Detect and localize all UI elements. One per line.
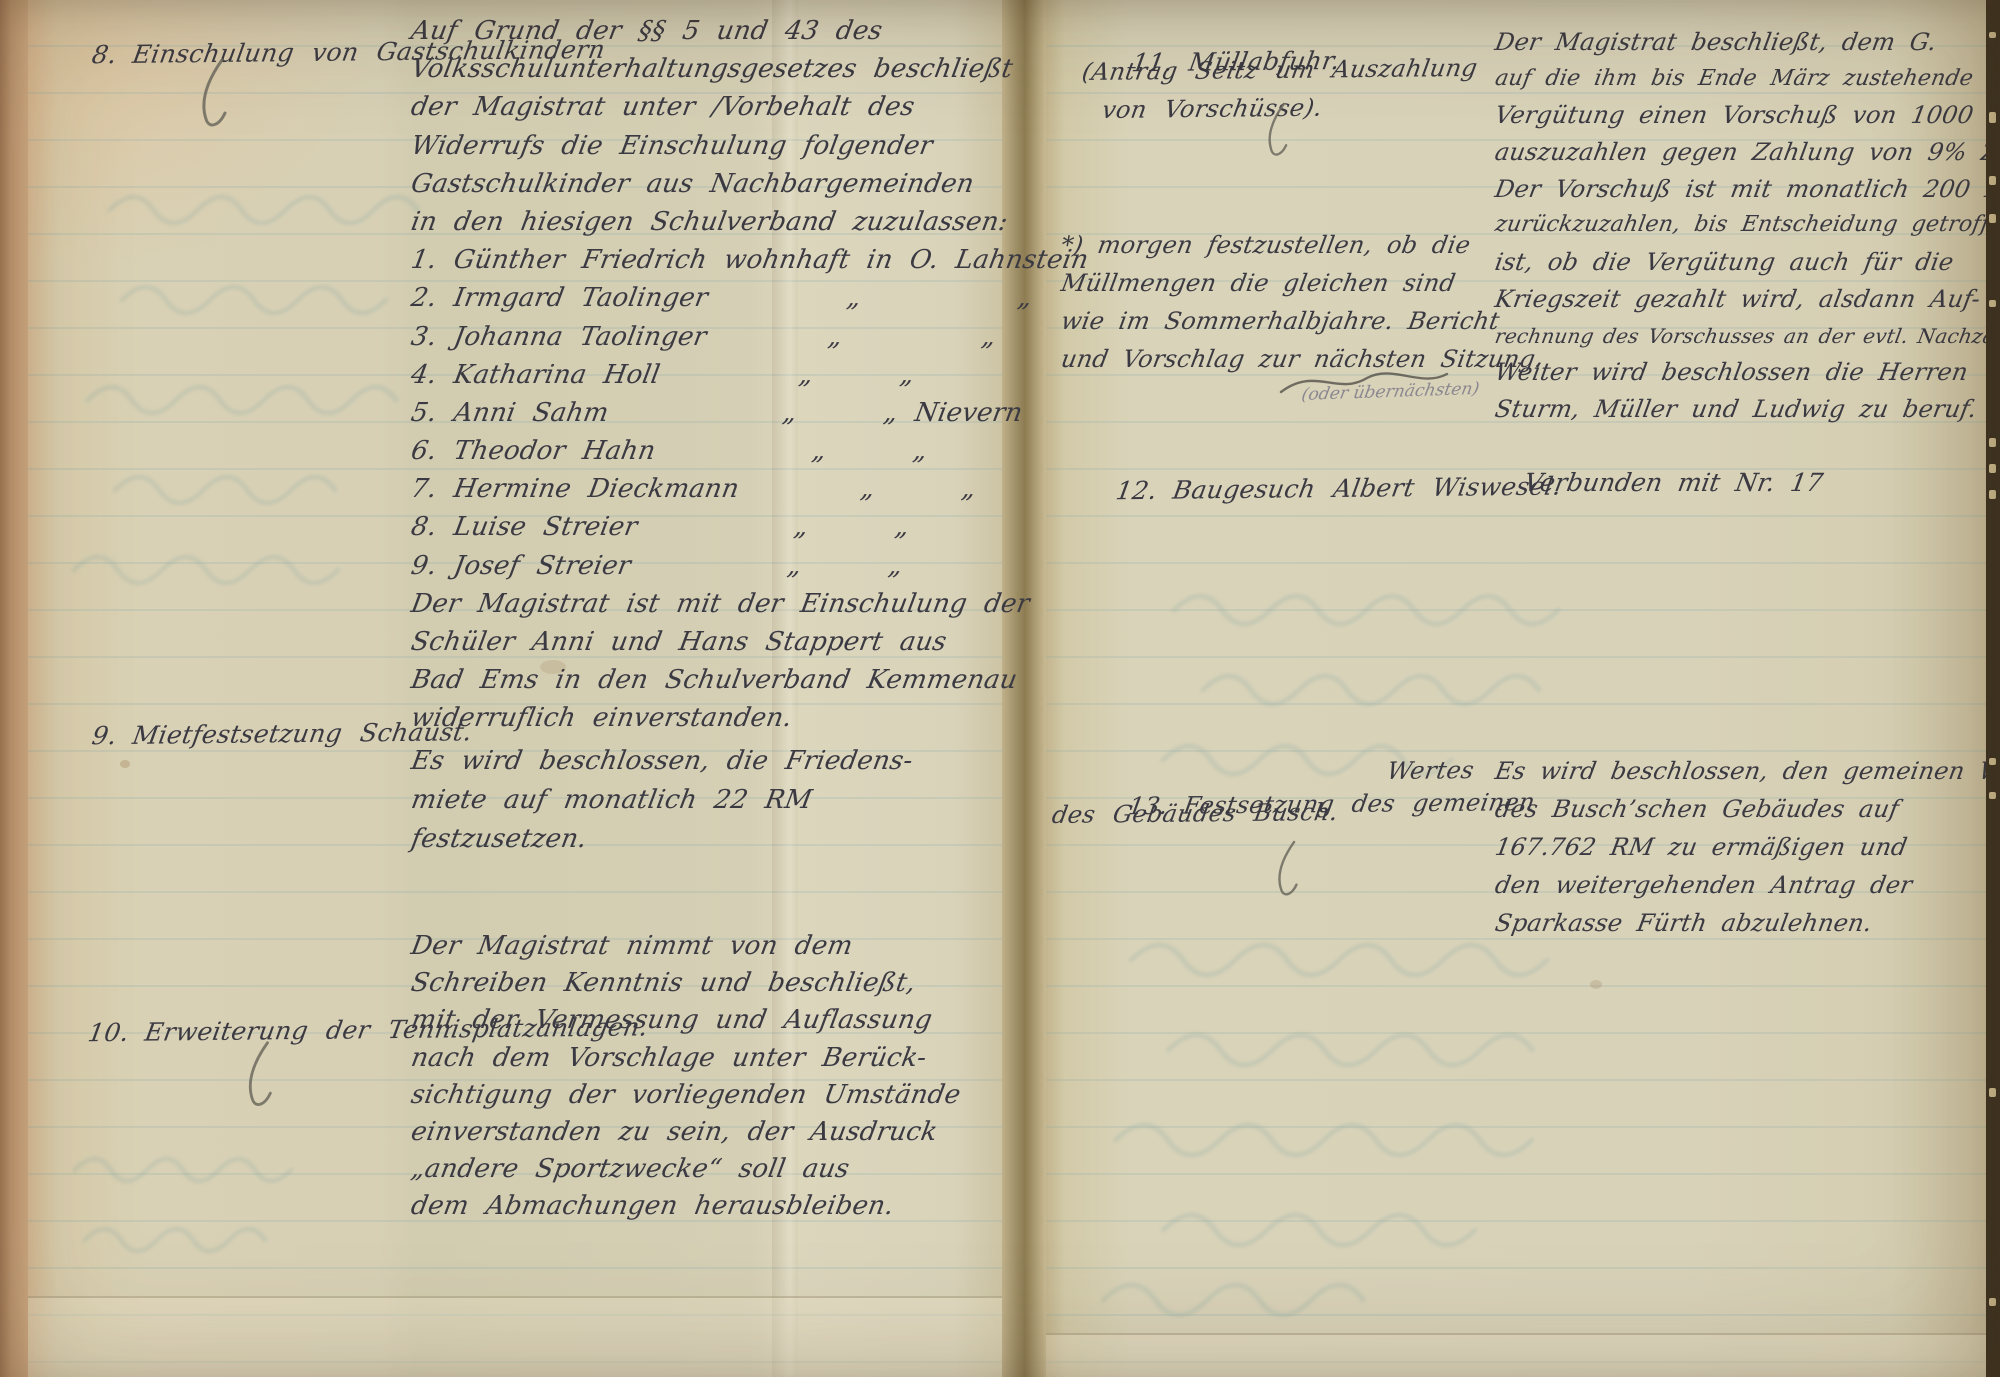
handwritten-line: 2. Irmgard Taolinger „ „ [408,279,1092,317]
page-edge-mark [1989,490,1996,499]
handwritten-line: zurückzuzahlen, bis Entscheidung getroff… [1492,207,2000,244]
handwritten-line: des Busch’schen Gebäudes auf [1492,790,2000,828]
handwritten-line: 9. Josef Streier „ „ [408,547,1092,585]
page-edge-mark [1989,112,1996,123]
handwritten-line: Gastschulkinder aus Nachbargemeinden [408,165,1092,203]
handwritten-line: *) morgen festzustellen, ob die [1058,226,1546,264]
page-edge-mark [1989,438,1996,447]
handwritten-line: festzusetzen. [408,820,916,859]
entry-13-body: Es wird beschlossen, den gemeinen Wert d… [1492,752,2000,942]
entry-10-number: 10. [86,1018,132,1047]
entry-10-body: Der Magistrat nimmt von dem Schreiben Ke… [408,928,957,1226]
handwritten-line: Sturm, Müller und Ludwig zu beruf. *) [1492,391,2000,428]
entry-12-number: 12. [1114,476,1160,505]
entry-11-margin-note: *) morgen festzustellen, ob die Müllmeng… [1058,226,1540,378]
page-edge-mark [1989,1088,1996,1097]
handwritten-line: Der Vorschuß ist mit monatlich 200 RM [1492,171,2000,208]
checkmark-icon [192,55,232,137]
handwritten-line: rechnung des Vorschusses an der evtl. Na… [1492,318,2000,355]
handwritten-line: dem Abmachungen herausbleiben. [408,1188,963,1225]
handwritten-line: Schreiben Kenntnis und beschließt, [408,965,963,1002]
handwritten-line: 1. Günther Friedrich wohnhaft in O. Lahn… [408,241,1092,279]
handwritten-line: Weiter wird beschlossen die Herren [1492,354,2000,391]
entry-12-title: Baugesuch Albert Wiswesel. [1171,472,1564,505]
page-edge-mark [1989,32,1996,38]
handwritten-line: Bad Ems in den Schulverband Kemmenau [408,661,1092,699]
handwritten-line: nach dem Vorschlage unter Berück- [408,1040,963,1077]
handwritten-line: widerruflich einverstanden. [408,699,1092,737]
handwritten-line: auf die ihm bis Ende März zustehende alt… [1492,61,2000,98]
handwritten-line: Kriegszeit gezahlt wird, alsdann Auf- [1492,281,2000,318]
handwritten-line: der Magistrat unter /Vorbehalt des [408,88,1092,126]
handwritten-line: 5. Anni Sahm „ „ Nievern [408,394,1092,432]
handwritten-line: 6. Theodor Hahn „ „ [408,432,1092,470]
page-edge-mark [1989,464,1996,473]
page-edge-mark [1989,1298,1996,1306]
handwritten-line: sichtigung der vorliegenden Umstände [408,1077,963,1114]
photo-left-edge [0,0,28,1377]
handwritten-line: 167.762 RM zu ermäßigen und [1492,828,2000,866]
entry-13-title-part2: Wertes [1385,756,1476,785]
page-stack-edge [1986,0,2000,1377]
entry-8-number: 8. [90,40,119,69]
handwritten-line: 7. Hermine Dieckmann „ „ [408,470,1092,508]
handwritten-line: Der Magistrat ist mit der Einschulung de… [408,585,1092,623]
handwritten-line: miete auf monatlich 22 RM [408,781,916,820]
checkmark-icon [1258,100,1294,164]
handwritten-line: Auf Grund der §§ 5 und 43 des [408,12,1092,50]
handwritten-line: mit der Vermessung und Auflassung [408,1002,963,1039]
handwritten-line: Volksschulunterhaltungsgesetzes beschlie… [408,50,1092,88]
handwritten-line: Müllmengen die gleichen sind [1058,264,1546,302]
handwritten-line: Sparkasse Fürth abzulehnen. [1492,904,2000,942]
page-edge-mark [1989,176,1996,185]
handwritten-line: Schüler Anni und Hans Stappert aus [408,623,1092,661]
entry-12-heading: 12.Baugesuch Albert Wiswesel. [1036,443,1569,535]
handwritten-line: Der Magistrat nimmt von dem [408,928,963,965]
page-edge-mark [1989,214,1996,223]
handwritten-line: den weitergehenden Antrag der [1492,866,2000,904]
handwritten-line: auszuzahlen gegen Zahlung von 9% Zinsen. [1492,134,2000,171]
entry-11-body: Der Magistrat beschließt, dem G. auf die… [1492,24,2000,428]
entry-9-number: 9. [90,721,119,750]
handwritten-line: 4. Katharina Holl „ „ [408,356,1092,394]
handwritten-line: Es wird beschlossen, den gemeinen Wert [1492,752,2000,790]
page-edge-mark [1989,792,1996,799]
handwritten-line: Widerrufs die Einschulung folgender [408,127,1092,165]
handwritten-line: einverstanden zu sein, der Ausdruck [408,1114,963,1151]
handwritten-line: in den hiesigen Schulverband zuzulassen: [408,203,1092,241]
entry-12-body: Verbunden mit Nr. 17 [1522,468,1825,497]
entry-11-subtitle: (Antrag Seitz um Auszahlung [1080,54,1480,86]
handwritten-line: 3. Johanna Taolinger „ „ [408,318,1092,356]
document-scan: 8.Einschulung von Gastschulkindern Auf G… [0,0,2000,1377]
bleedthrough-writing [1060,900,1919,1320]
handwritten-line: 8. Luise Streier „ „ [408,508,1092,546]
page-edge-mark [1989,300,1996,307]
entry-13-subtitle: des Gebäudes Busch. [1050,798,1340,829]
handwritten-line: Vergütung einen Vorschuß von 1000 RM [1492,97,2000,134]
handwritten-line: Es wird beschlossen, die Friedens- [408,742,916,781]
checkmark-icon [238,1038,278,1116]
entry-9-body: Es wird beschlossen, die Friedens- miete… [408,742,909,859]
bleedthrough-writing [49,1130,410,1280]
handwritten-line: Der Magistrat beschließt, dem G. [1492,24,2000,61]
handwritten-line: ist, ob die Vergütung auch für die [1492,244,2000,281]
handwritten-line: wie im Sommerhalbjahre. Bericht [1058,302,1546,340]
handwritten-line: „andere Sportzwecke“ soll aus [408,1151,963,1188]
entry-8-body: Auf Grund der §§ 5 und 43 des Volksschul… [408,12,1085,738]
page-edge-mark [1989,758,1996,765]
checkmark-icon [1268,838,1304,904]
